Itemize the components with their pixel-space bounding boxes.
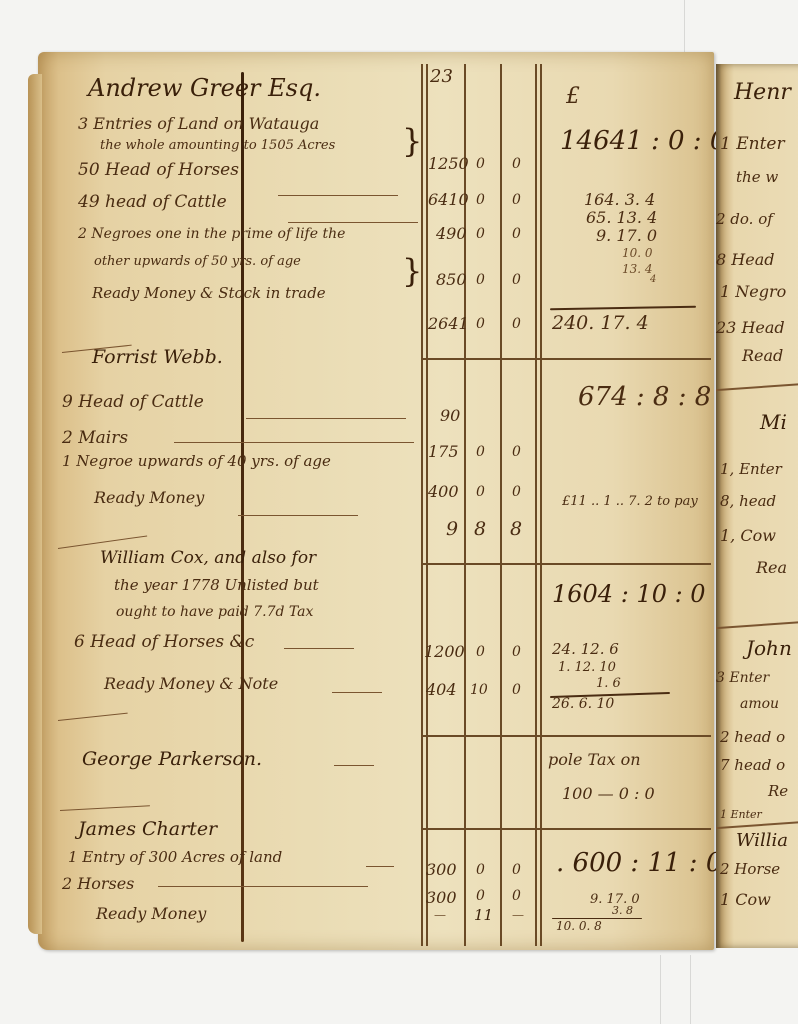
entry-line: 1 Negroe upwards of 40 yrs. of age (62, 452, 331, 470)
column-rule (540, 64, 542, 946)
entry-line: the whole amounting to 1505 Acres (100, 138, 335, 153)
dash-filler (284, 648, 354, 649)
dash-filler (332, 692, 382, 693)
entry-name: Andrew Greer Esq. (88, 74, 321, 102)
facing-fragment: the w (736, 168, 778, 186)
entry-line: Ready Money (94, 488, 204, 507)
value-shillings: 0 (476, 888, 485, 904)
tax-line: 164. 3. 4 (584, 190, 655, 209)
value-pounds: 1200 (424, 642, 465, 661)
value-pounds: 1250 (428, 154, 469, 173)
value-pence: 0 (512, 682, 521, 698)
entry-total: 1604 : 10 : 0 (552, 580, 706, 608)
value-pence: 0 (512, 272, 521, 288)
facing-fragment: 2 head o (720, 728, 785, 746)
dash-filler (278, 195, 398, 196)
entry-line: the year 1778 Unlisted but (114, 576, 319, 594)
tax-line: 3. 8 (612, 904, 633, 917)
value-pounds: 300 (426, 888, 457, 907)
value-shillings: 0 (476, 156, 485, 172)
value-pounds: 850 (436, 270, 467, 289)
value-shillings: 0 (476, 226, 485, 242)
entry-total: . 600 : 11 : 0 (556, 848, 722, 878)
tax-line: 1. 12. 10 (558, 660, 616, 675)
facing-fragment: Read (742, 346, 783, 365)
facing-fragment: 8, head (720, 492, 776, 510)
value-pounds: 90 (440, 406, 460, 425)
sum-underline (550, 306, 696, 311)
tax-line: 24. 12. 6 (552, 640, 619, 658)
value-shillings: 0 (476, 484, 485, 500)
value-shillings: 0 (476, 444, 485, 460)
facing-fragment: 1 Negro (720, 282, 786, 301)
entry-name: George Parkerson. (82, 748, 262, 770)
tax-line: 4 (650, 274, 656, 285)
scan-background-fold (684, 0, 685, 60)
facing-fragment: John (746, 636, 792, 660)
facing-fragment: Rea (756, 558, 787, 577)
value-pence: — (512, 908, 524, 922)
dash-filler (158, 886, 368, 887)
value-shillings: 0 (476, 192, 485, 208)
scan-background-fold (660, 955, 661, 1024)
value-shillings: 0 (476, 644, 485, 660)
section-rule (421, 563, 711, 565)
value-pounds: — (434, 908, 446, 922)
entry-name: William Cox, and also for (100, 548, 316, 568)
facing-fragment: 1, Enter (720, 460, 782, 478)
value-pence: 0 (512, 644, 521, 660)
tax-sum: 10. 0. 8 (556, 919, 602, 933)
section-rule (716, 821, 798, 829)
value-pounds: 6410 (428, 190, 469, 209)
dash-filler (174, 442, 414, 443)
value-pence: 0 (512, 226, 521, 242)
facing-fragment: 23 Head (716, 318, 785, 337)
section-rule (421, 828, 711, 830)
tax-line: 10. 0 (622, 246, 653, 260)
entry-line: 2 Negroes one in the prime of life the (78, 226, 345, 242)
facing-fragment: 8 Head (716, 250, 774, 269)
dash-filler (288, 222, 418, 223)
ink-crease-line (241, 72, 244, 942)
tax-line: 65. 13. 4 (586, 208, 657, 227)
value-shillings: 10 (470, 682, 488, 698)
facing-fragment: 3 Enter (716, 670, 769, 686)
value-pence: 8 (510, 518, 522, 540)
value-pence: 0 (512, 444, 521, 460)
ledger-left-page: 23 £ Andrew Greer Esq. 3 Entries of Land… (38, 52, 714, 950)
facing-fragment: 1 Enter (720, 808, 762, 821)
value-shillings: 8 (474, 518, 486, 540)
separator-flourish (60, 805, 150, 811)
separator-flourish (58, 713, 128, 721)
section-rule (421, 735, 711, 737)
tax-note: £11 .. 1 .. 7. 2 to pay (562, 494, 698, 509)
entry-total: 674 : 8 : 8 (578, 382, 711, 412)
entry-line: 6 Head of Horses &c (74, 632, 254, 652)
value-shillings: 11 (474, 906, 493, 924)
dash-filler (246, 418, 406, 419)
entry-name: Forrist Webb. (92, 346, 223, 368)
value-pounds: 2641 (428, 314, 469, 333)
page-edge-stack (28, 74, 42, 934)
facing-fragment: 7 head o (720, 756, 785, 774)
entry-line: 9 Head of Cattle (62, 392, 204, 412)
entry-line: 49 head of Cattle (78, 192, 227, 212)
brace-mark: } (402, 122, 422, 160)
value-pounds: 175 (428, 442, 459, 461)
facing-fragment: Henr (734, 80, 791, 105)
facing-fragment: amou (740, 696, 779, 712)
facing-fragment: 1, Cow (720, 526, 776, 545)
section-rule (716, 383, 798, 391)
facing-fragment: 1 Cow (720, 890, 771, 909)
value-pounds: 400 (428, 482, 459, 501)
tax-sum: 26. 6. 10 (552, 696, 614, 712)
dash-filler (334, 765, 374, 766)
column-rule (535, 64, 537, 946)
entry-line: 3 Entries of Land on Watauga (78, 114, 319, 133)
facing-fragment: Mi (760, 410, 787, 434)
dash-filler (238, 515, 358, 516)
facing-fragment: 2 do. of (716, 210, 773, 228)
value-pence: 0 (512, 316, 521, 332)
tax-note: pole Tax on (548, 750, 641, 769)
value-pounds: 300 (426, 860, 457, 879)
value-pounds: 9 (446, 518, 458, 540)
pounds-column-header: £ (566, 84, 580, 109)
entry-name: James Charter (78, 818, 217, 840)
value-pence: 0 (512, 888, 521, 904)
tax-line: 9. 17. 0 (596, 226, 657, 245)
value-pounds: 490 (436, 224, 467, 243)
ledger-right-page: Henr 1 Enter the w 2 do. of 8 Head 1 Neg… (716, 64, 798, 948)
value-pounds: 404 (426, 680, 457, 699)
facing-fragment: Re (768, 782, 788, 800)
facing-fragment: Willia (736, 830, 788, 851)
column-rule (500, 64, 502, 946)
facing-fragment: 1 Enter (720, 134, 785, 154)
section-rule (421, 358, 711, 360)
brace-mark: } (402, 252, 422, 290)
entry-line: 2 Horses (62, 874, 134, 893)
value-shillings: 0 (476, 316, 485, 332)
entry-line: other upwards of 50 yrs. of age (94, 254, 301, 269)
value-shillings: 0 (476, 272, 485, 288)
tax-line: 13. 4 (622, 262, 653, 276)
column-rule (421, 64, 423, 946)
value-shillings: 0 (476, 862, 485, 878)
value-pence: 0 (512, 484, 521, 500)
entry-total: 100 — 0 : 0 (562, 784, 655, 803)
entry-line: 2 Mairs (62, 428, 128, 448)
value-pence: 0 (512, 862, 521, 878)
section-rule (716, 621, 798, 629)
entry-line: Ready Money (96, 904, 206, 923)
entry-line: Ready Money & Stock in trade (92, 284, 326, 302)
value-pence: 0 (512, 192, 521, 208)
tax-sum: 240. 17. 4 (552, 312, 649, 334)
value-pence: 0 (512, 156, 521, 172)
facing-fragment: 2 Horse (720, 860, 780, 878)
entry-line: Ready Money & Note (104, 674, 278, 693)
tax-line: 1. 6 (596, 676, 621, 691)
entry-line: ought to have paid 7.7d Tax (116, 604, 313, 620)
entry-line: 50 Head of Horses (78, 160, 239, 180)
entry-total: 14641 : 0 : 0 (560, 126, 726, 156)
separator-flourish (58, 535, 147, 549)
dash-filler (366, 866, 394, 867)
scan-background-fold (690, 955, 691, 1024)
page-number: 23 (430, 66, 453, 87)
entry-line: 1 Entry of 300 Acres of land (68, 848, 282, 866)
